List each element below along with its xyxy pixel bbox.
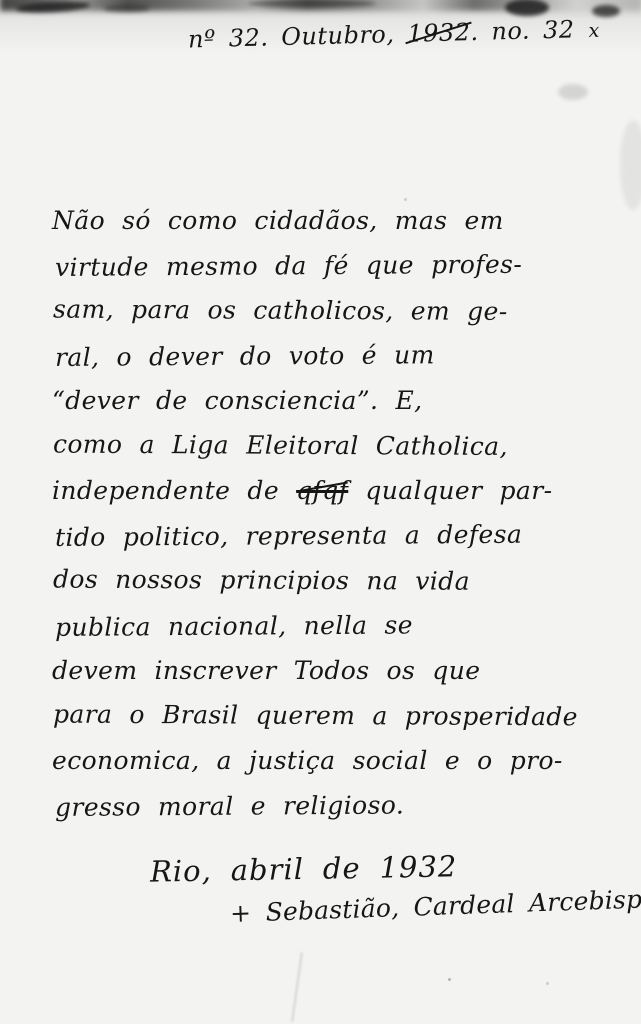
line-text: independente de [52,476,296,505]
manuscript-line: virtude mesmo da fé que profes- [55,241,607,290]
manuscript-line: ral, o dever do voto é um [55,331,607,380]
paper-speck [546,982,549,985]
paper-speck [448,978,451,981]
manuscript-line: tido politico, representa a defesa [55,511,607,560]
line-text: qualquer par- [348,476,552,505]
manuscript-page: nº 32. Outubro, 1932. no. 32x Não só com… [0,0,641,1024]
manuscript-line: como a Liga Eleitoral Catholica, [53,422,607,470]
scan-artifact-smudge [248,0,376,7]
manuscript-line: Não só como cidadãos, mas em [52,198,607,243]
scan-artifact-smudge [620,120,641,210]
dateline: Rio, abril de 1932 [150,849,458,888]
manuscript-line: gresso moral e religioso. [55,781,607,830]
manuscript-line: economica, a justiça social e o pro- [52,738,607,783]
manuscript-line: para o Brasil querem a prosperidade [53,692,607,740]
signature: + Sebastião, Cardeal Arcebispo [230,885,632,928]
header-issue-number: no. 32 [491,15,575,45]
header-separator: . [470,18,492,47]
manuscript-line: independente de qfqf qualquer par- [52,468,607,513]
scan-artifact-smudge [558,84,588,100]
manuscript-line: “dever de consciencia”. E, [52,378,607,423]
manuscript-line: publica nacional, nella se [55,601,607,650]
manuscript-line: devem inscrever Todos os que [52,648,607,693]
manuscript-line: sam, para os catholicos, em ge- [53,287,607,335]
crossed-out-word: qfqf [296,468,348,513]
struck-year: 1932 [407,18,471,48]
paper-crease [291,952,303,1022]
manuscript-body: Não só como cidadãos, mas em virtude mes… [52,198,607,828]
check-mark: x [588,20,600,42]
scan-artifact-smudge [104,5,150,12]
manuscript-line: dos nossos principios na vida [53,557,607,605]
header-issue-label: nº 32. Outubro, [188,20,408,54]
